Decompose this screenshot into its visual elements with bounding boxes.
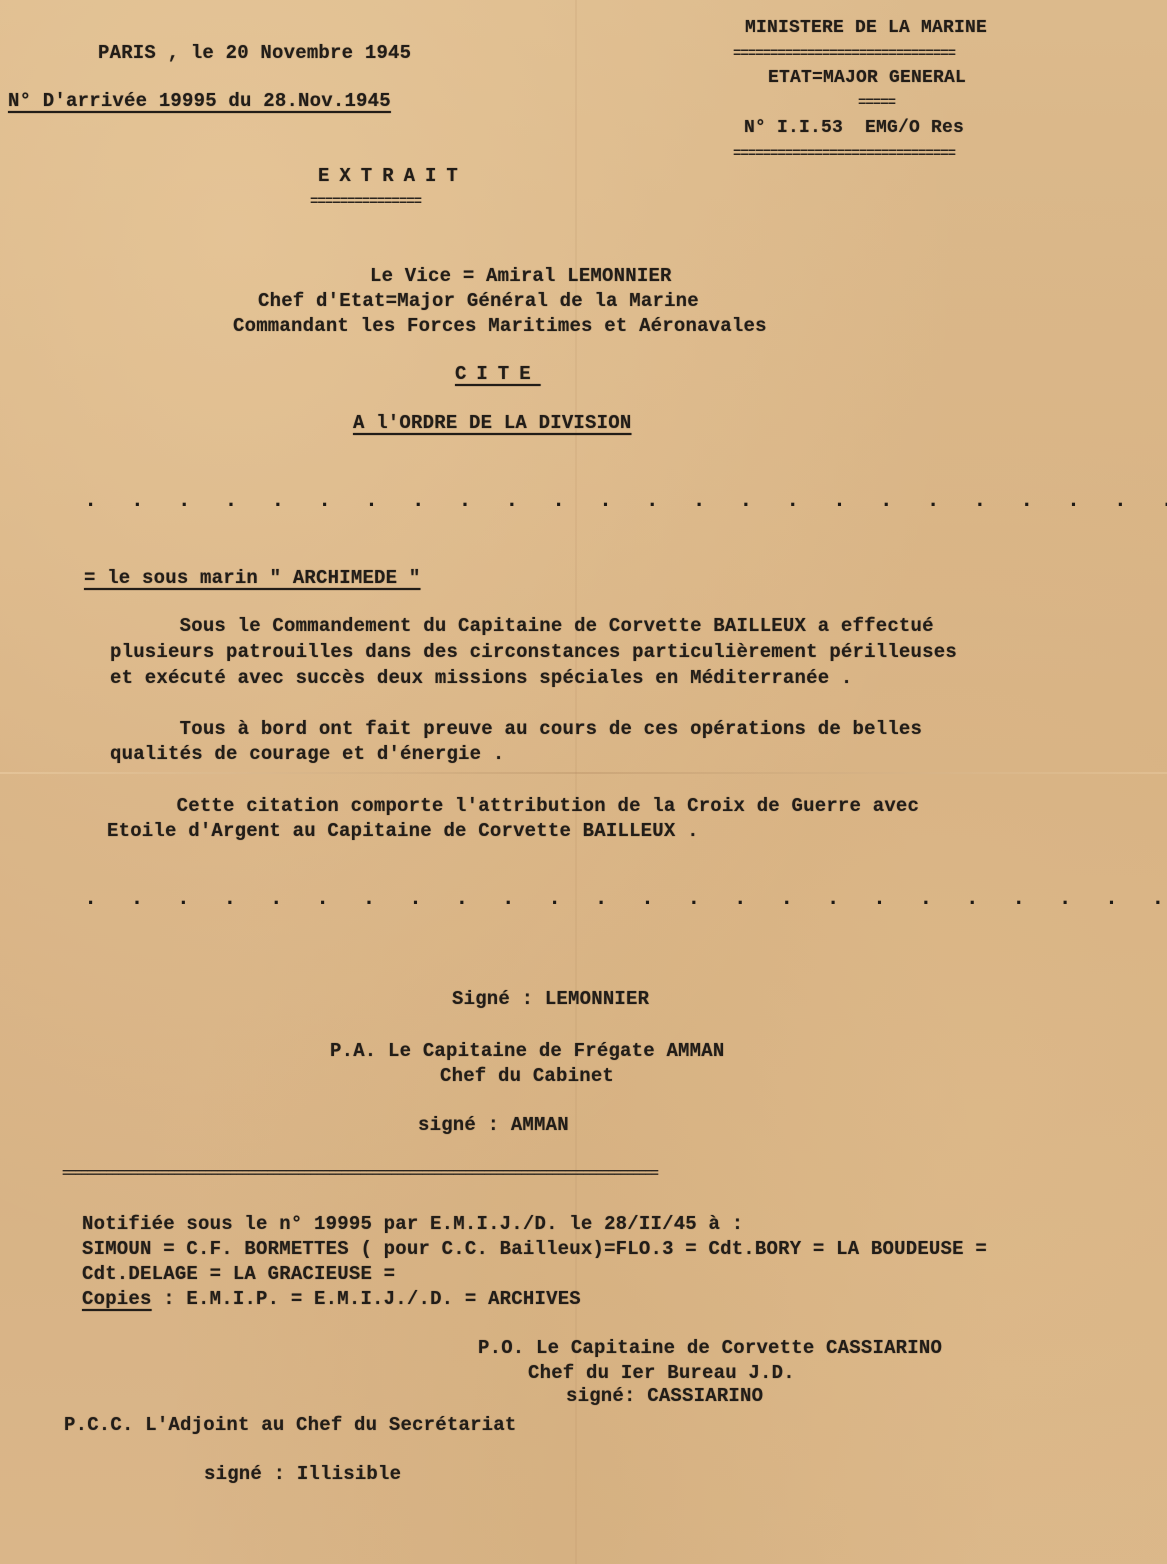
- pcc-line: P.C.C. L'Adjoint au Chef du Secrétariat: [64, 1414, 516, 1436]
- paper-fold-vertical: [575, 0, 577, 1564]
- paragraph-1-line-1: Sous le Commandement du Capitaine de Cor…: [110, 615, 934, 637]
- document-page: PARIS , le 20 Novembre 1945 N° D'arrivée…: [0, 0, 1167, 1564]
- place-date: PARIS , le 20 Novembre 1945: [98, 42, 411, 64]
- signed-amman: signé : AMMAN: [418, 1114, 569, 1136]
- title-rule: ===============: [310, 194, 421, 210]
- reference-number: N° I.I.53 EMG/O Res: [744, 118, 964, 138]
- ministry-rule: ==============================: [733, 46, 955, 62]
- issuer-line-3: Commandant les Forces Maritimes et Aéron…: [233, 315, 767, 337]
- paragraph-2-line-2: qualités de courage et d'énergie .: [110, 743, 504, 765]
- signed-illegible: signé : Illisible: [204, 1463, 401, 1485]
- staff-rule: =====: [858, 95, 895, 111]
- po-line-2: Chef du Ier Bureau J.D.: [528, 1362, 795, 1384]
- paper-fold-horizontal: [0, 772, 1167, 774]
- arrival-number: N° D'arrivée 19995 du 28.Nov.1945: [8, 90, 391, 112]
- dotted-separator-top: . . . . . . . . . . . . . . . . . . . . …: [84, 488, 1167, 513]
- pa-line-2: Chef du Cabinet: [440, 1065, 614, 1087]
- copies-line: Copies : E.M.I.P. = E.M.I.J./.D. = ARCHI…: [82, 1288, 581, 1310]
- paragraph-3-line-2: Etoile d'Argent au Capitaine de Corvette…: [107, 820, 699, 842]
- issuer-line-1: Le Vice = Amiral LEMONNIER: [370, 265, 672, 287]
- long-rule: ========================================…: [62, 1166, 657, 1181]
- citation-order: A l'ORDRE DE LA DIVISION: [353, 412, 631, 434]
- paragraph-2-line-1: Tous à bord ont fait preuve au cours de …: [110, 718, 922, 740]
- ministry-name: MINISTERE DE LA MARINE: [745, 18, 987, 38]
- notification-line-1: Notifiée sous le n° 19995 par E.M.I.J./D…: [82, 1213, 743, 1235]
- citation-label: CITE: [455, 363, 541, 385]
- po-line-3: signé: CASSIARINO: [566, 1385, 763, 1407]
- paragraph-1-line-2: plusieurs patrouilles dans des circonsta…: [110, 641, 957, 663]
- issuer-line-2: Chef d'Etat=Major Général de la Marine: [258, 290, 699, 312]
- citation-subject: = le sous marin " ARCHIMEDE ": [84, 567, 420, 589]
- paragraph-3-line-1: Cette citation comporte l'attribution de…: [107, 795, 919, 817]
- document-title: EXTRAIT: [318, 165, 468, 187]
- pa-line-1: P.A. Le Capitaine de Frégate AMMAN: [330, 1040, 724, 1062]
- copies-recipients: : E.M.I.P. = E.M.I.J./.D. = ARCHIVES: [152, 1288, 581, 1310]
- po-line-1: P.O. Le Capitaine de Corvette CASSIARINO: [478, 1337, 942, 1359]
- notification-line-2: SIMOUN = C.F. BORMETTES ( pour C.C. Bail…: [82, 1238, 987, 1260]
- copies-label: Copies: [82, 1288, 152, 1310]
- reference-rule: ==============================: [733, 146, 955, 162]
- staff-name: ETAT=MAJOR GENERAL: [768, 68, 966, 88]
- notification-line-3: Cdt.DELAGE = LA GRACIEUSE =: [82, 1263, 395, 1285]
- signed-lemonnier: Signé : LEMONNIER: [452, 988, 649, 1010]
- paragraph-1-line-3: et exécuté avec succès deux missions spé…: [110, 667, 853, 689]
- dotted-separator-bottom: . . . . . . . . . . . . . . . . . . . . …: [84, 886, 1167, 911]
